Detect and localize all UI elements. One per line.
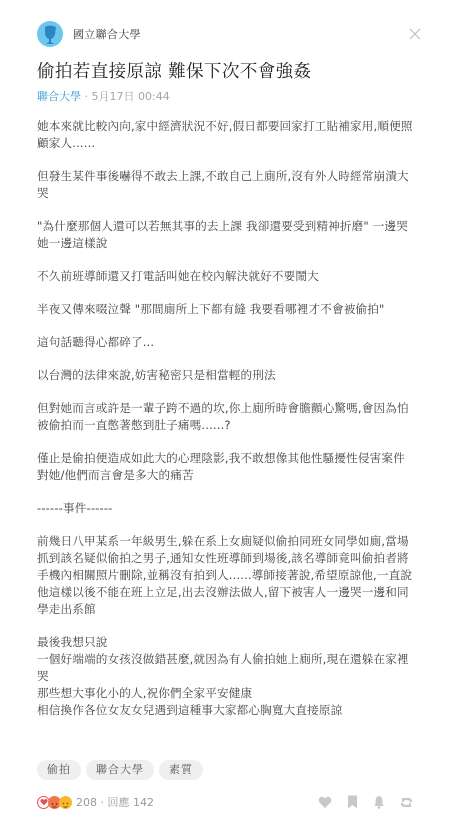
paragraph: "為什麼那個人還可以若無其事的去上課 我卻還要受到精神折磨" 一邊哭 她一邊這樣… [37, 218, 417, 252]
text-line: 抓到該名疑似偷拍之男子,通知女性班導師到場後,該名導師竟叫偷拍者將 [37, 550, 417, 567]
bookmark-button[interactable] [345, 795, 359, 809]
section-divider: ------事件------ [37, 500, 417, 517]
reply-count: 142 [133, 796, 154, 809]
post-content: 她本來就比較內向,家中經濟狀況不好,假日都要回家打工貼補家用,順便照 顧家人..… [37, 118, 417, 719]
tag-list: 偷拍 聯合大學 素質 [37, 760, 203, 780]
haha-reaction-icon [59, 796, 72, 809]
text-line: 最後我想只說 [37, 634, 417, 651]
text-line: 被偷拍而一直憋著憋到肚子痛嗎......? [37, 417, 417, 434]
text-line: 對她/他們而言會是多大的痛苦 [37, 467, 417, 484]
text-line: 那些想大事化小的人,祝你們全家平安健康 [37, 685, 417, 702]
paragraph: 僅止是偷拍便造成如此大的心理陰影,我不敢想像其他性騷擾性侵害案件 對她/他們而言… [37, 450, 417, 484]
close-icon [407, 26, 423, 42]
paragraph: 半夜又傳來啜泣聲 "那間廁所上下都有縫 我要看哪裡才不會被偷拍" [37, 301, 417, 318]
paragraph: 前幾日八甲某系一年級男生,躲在系上女廁疑似偷拍同班女同學如廁,當場 抓到該名疑似… [37, 533, 417, 618]
post-footer: 208 · 回應 142 [37, 794, 419, 810]
paragraph: 但對她而言或許是一輩子跨不過的坎,你上廁所時會膽顫心驚嗎,會因為怕 被偷拍而一直… [37, 400, 417, 434]
text-line: 一個好端端的女孩沒做錯甚麼,就因為有人偷拍她上廁所,現在還躲在家裡 [37, 651, 417, 668]
close-button[interactable] [407, 26, 423, 42]
forum-name[interactable]: 國立聯合大學 [73, 26, 141, 42]
text-line: 僅止是偷拍便造成如此大的心理陰影,我不敢想像其他性騷擾性侵害案件 [37, 450, 417, 467]
share-icon [400, 796, 413, 809]
reaction-summary[interactable] [37, 796, 70, 809]
tag-toupai[interactable]: 偷拍 [37, 760, 81, 780]
text-line: 學走出系館 [37, 601, 417, 618]
post-timestamp: 5月17日 00:44 [92, 90, 170, 103]
text-line: 他這樣以後不能在班上立足,出去沒辦法做人,留下被害人一邊哭一邊和同 [37, 584, 417, 601]
share-button[interactable] [399, 795, 413, 809]
paragraph: 最後我想只說 一個好端端的女孩沒做錯甚麼,就因為有人偷拍她上廁所,現在還躲在家裡… [37, 634, 417, 719]
post-stats: 208 · 回應 142 [76, 794, 154, 810]
bookmark-icon [347, 795, 358, 809]
post-actions [318, 795, 413, 809]
text-line: "為什麼那個人還可以若無其事的去上課 我卻還要受到精神折磨" 一邊哭 [37, 218, 417, 235]
post-header: 國立聯合大學 [37, 21, 425, 47]
text-line: 手機內相關照片刪除,並稱沒有拍到人......導師接著說,希望原諒他,一直說 [37, 567, 417, 584]
text-line: 這句話聽得心都碎了... [37, 334, 417, 351]
text-line: 哭 [37, 185, 417, 202]
tag-suzhi[interactable]: 素質 [159, 760, 203, 780]
like-button[interactable] [318, 795, 332, 809]
bell-icon [373, 795, 385, 809]
text-line: 不久前班導師還又打電話叫她在校內解決就好不要鬧大 [37, 268, 417, 285]
reply-label: 回應 [108, 796, 130, 809]
text-line: 顧家人...... [37, 135, 417, 152]
meta-separator: · [81, 90, 92, 103]
paragraph: 以台灣的法律來說,妨害秘密只是相當輕的刑法 [37, 367, 417, 384]
paragraph: 這句話聽得心都碎了... [37, 334, 417, 351]
post-meta: 聯合大學 · 5月17日 00:44 [37, 90, 170, 104]
forum-avatar[interactable] [37, 21, 63, 47]
reaction-count: 208 [76, 796, 97, 809]
text-line: 她一邊這樣說 [37, 235, 417, 252]
text-line: 半夜又傳來啜泣聲 "那間廁所上下都有縫 我要看哪裡才不會被偷拍" [37, 301, 417, 318]
paragraph: 她本來就比較內向,家中經濟狀況不好,假日都要回家打工貼補家用,順便照 顧家人..… [37, 118, 417, 152]
text-line: ------事件------ [37, 500, 417, 517]
post-title: 偷拍若直接原諒 難保下次不會強姦 [37, 60, 429, 84]
stats-separator: · [97, 796, 108, 809]
follow-notify-button[interactable] [372, 795, 386, 809]
paragraph: 不久前班導師還又打電話叫她在校內解決就好不要鬧大 [37, 268, 417, 285]
paragraph: 但發生某件事後嚇得不敢去上課,不敢自己上廁所,沒有外人時經常崩潰大 哭 [37, 168, 417, 202]
board-link[interactable]: 聯合大學 [37, 90, 81, 103]
text-line: 但對她而言或許是一輩子跨不過的坎,你上廁所時會膽顫心驚嗎,會因為怕 [37, 400, 417, 417]
heart-icon [318, 796, 332, 809]
avatar-figure-icon [37, 21, 63, 47]
text-line: 她本來就比較內向,家中經濟狀況不好,假日都要回家打工貼補家用,順便照 [37, 118, 417, 135]
text-line: 相信換作各位女友女兒遇到這種事大家都心胸寬大直接原諒 [37, 702, 417, 719]
text-line: 哭 [37, 668, 417, 685]
text-line: 前幾日八甲某系一年級男生,躲在系上女廁疑似偷拍同班女同學如廁,當場 [37, 533, 417, 550]
tag-lianhe-university[interactable]: 聯合大學 [86, 760, 154, 780]
text-line: 以台灣的法律來說,妨害秘密只是相當輕的刑法 [37, 367, 417, 384]
text-line: 但發生某件事後嚇得不敢去上課,不敢自己上廁所,沒有外人時經常崩潰大 [37, 168, 417, 185]
